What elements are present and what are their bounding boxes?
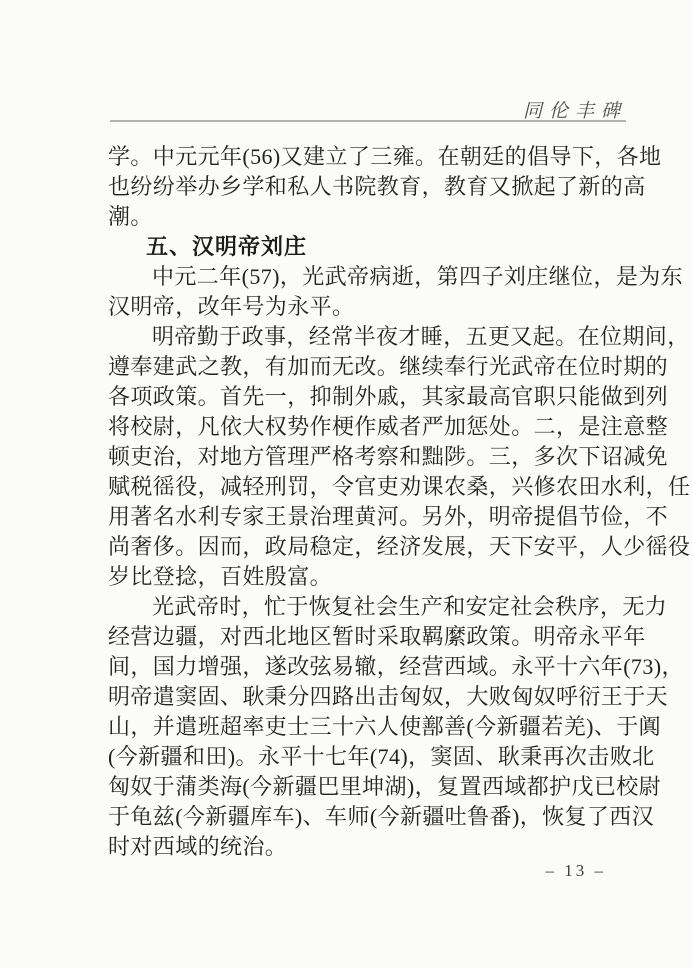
paragraph: 中元二年(57)，光武帝病逝，第四子刘庄继位，是为东 汉明帝，改年号为永平。: [108, 262, 628, 322]
text-line: 匈奴于蒲类海(今新疆巴里坤湖)，复置西域都护戊已校尉: [108, 772, 628, 802]
text-line: 山，并遣班超率吏士三十六人使鄯善(今新疆若羌)、于阗: [108, 712, 628, 742]
paragraph: 光武帝时，忙于恢复社会生产和安定社会秩序，无力 经营边疆，对西北地区暂时采取羁縻…: [108, 592, 628, 862]
text-line: 将校尉，凡依大权势作梗作威者严加惩处。二，是注意整: [108, 412, 628, 442]
text-line: 于龟兹(今新疆库车)、车师(今新疆吐鲁番)，恢复了西汉: [108, 802, 628, 832]
text-line: 也纷纷举办乡学和私人书院教育，教育又掀起了新的高: [108, 172, 628, 202]
text-line: 经营边疆，对西北地区暂时采取羁縻政策。明帝永平年: [108, 622, 628, 652]
text-line: 顿吏治，对地方管理严格考察和黜陟。三，多次下诏减免: [108, 442, 628, 472]
text-line: (今新疆和田)。永平十七年(74)，窦固、耿秉再次击败北: [108, 742, 628, 772]
text-line: 潮。: [108, 202, 628, 232]
text-line: 各项政策。首先一，抑制外戚，其家最高官职只能做到列: [108, 382, 628, 412]
running-header-title: 同伦丰碑: [523, 96, 627, 123]
page-number: – 13 –: [546, 861, 607, 881]
text-line: 中元二年(57)，光武帝病逝，第四子刘庄继位，是为东: [108, 262, 628, 292]
text-line: 用著名水利专家王景治理黄河。另外，明帝提倡节俭，不: [108, 502, 628, 532]
header-rule: [110, 120, 626, 122]
text-line: 学。中元元年(56)又建立了三雍。在朝廷的倡导下，各地: [108, 142, 628, 172]
text-line: 明帝遣窦固、耿秉分四路出击匈奴，大败匈奴呼衍王于天: [108, 682, 628, 712]
book-page: 同伦丰碑 学。中元元年(56)又建立了三雍。在朝廷的倡导下，各地 也纷纷举办乡学…: [0, 0, 692, 968]
text-line: 时对西域的统治。: [108, 832, 628, 862]
section-heading: 五、汉明帝刘庄: [108, 232, 628, 262]
paragraph: 明帝勤于政事，经常半夜才睡，五更又起。在位期间， 遵奉建武之教，有加而无改。继续…: [108, 322, 628, 592]
text-line: 明帝勤于政事，经常半夜才睡，五更又起。在位期间，: [108, 322, 628, 352]
text-line: 间，国力增强，遂改弦易辙，经营西域。永平十六年(73)，: [108, 652, 628, 682]
text-line: 遵奉建武之教，有加而无改。继续奉行光武帝在位时期的: [108, 352, 628, 382]
text-line: 尚奢侈。因而，政局稳定，经济发展，天下安平，人少徭役，: [108, 532, 628, 562]
text-line: 光武帝时，忙于恢复社会生产和安定社会秩序，无力: [108, 592, 628, 622]
paragraph: 学。中元元年(56)又建立了三雍。在朝廷的倡导下，各地 也纷纷举办乡学和私人书院…: [108, 142, 628, 232]
text-line: 赋税徭役，减轻刑罚，令官吏劝课农桑，兴修农田水利，任: [108, 472, 628, 502]
text-line: 岁比登捻，百姓殷富。: [108, 562, 628, 592]
text-line: 汉明帝，改年号为永平。: [108, 292, 628, 322]
page-content: 学。中元元年(56)又建立了三雍。在朝廷的倡导下，各地 也纷纷举办乡学和私人书院…: [108, 142, 628, 862]
